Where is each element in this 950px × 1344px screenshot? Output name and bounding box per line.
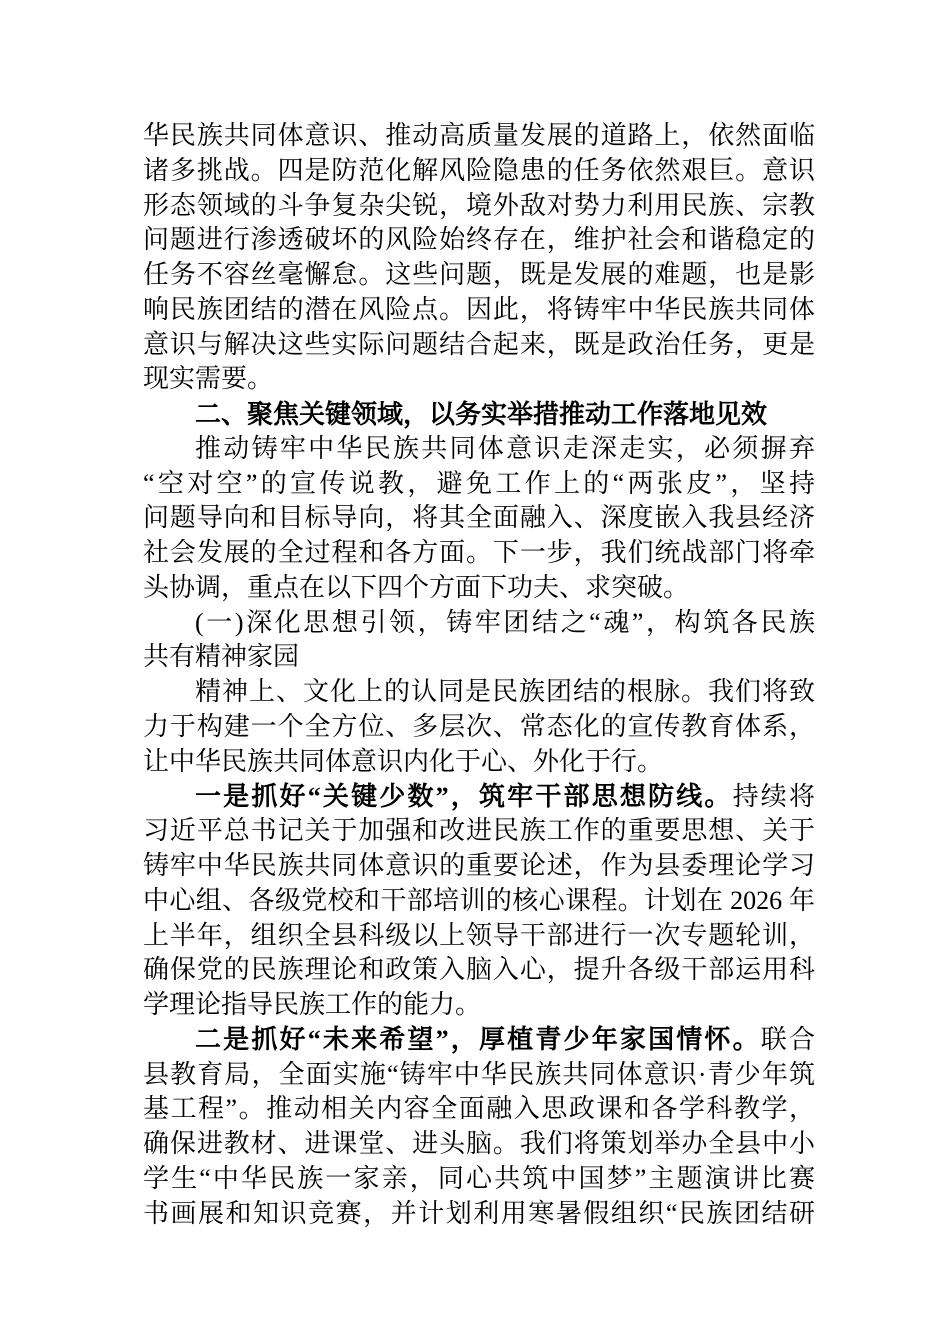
paragraph-lead-line: 二是抓好“未来希望”，厚植青少年家国情怀。联合 [143,1023,815,1058]
text-line: 推动铸牢中华民族共同体意识走深走实，必须摒弃 [143,432,815,467]
subsection-heading-line2: 共有精神家园 [143,640,815,675]
text-line: 华民族共同体意识、推动高质量发展的道路上，依然面临 [143,119,815,154]
text-line: 让中华民族共同体意识内化于心、外化于行。 [143,745,815,780]
text-line: 确保进教材、进课堂、进头脑。我们将策划举办全县中小 [143,1127,815,1162]
text-line: 诸多挑战。四是防范化解风险隐患的任务依然艰巨。意识 [143,154,815,189]
text-line: 精神上、文化上的认同是民族团结的根脉。我们将致 [143,675,815,710]
paragraph-lead-rest: 联合 [761,1025,815,1054]
section-heading: 二、聚焦关键领域，以务实举措推动工作落地见效 [143,397,815,432]
text-line: 头协调，重点在以下四个方面下功夫、求突破。 [143,571,815,606]
text-line: 社会发展的全过程和各方面。下一步，我们统战部门将牵 [143,536,815,571]
text-line: 意识与解决这些实际问题结合起来，既是政治任务，更是 [143,328,815,363]
text-line: 任务不容丝毫懈怠。这些问题，既是发展的难题，也是影 [143,258,815,293]
paragraph-lead-rest: 持续将 [733,782,815,811]
text-line: 基工程”。推动相关内容全面融入思政课和各学科教学， [143,1092,815,1127]
text-line: 铸牢中华民族共同体意识的重要论述，作为县委理论学习 [143,849,815,884]
text-line: 县教育局，全面实施“铸牢中华民族共同体意识·青少年筑 [143,1058,815,1093]
paragraph-lead-line: 一是抓好“关键少数”，筑牢干部思想防线。持续将 [143,780,815,815]
document-page: 华民族共同体意识、推动高质量发展的道路上，依然面临 诸多挑战。四是防范化解风险隐… [0,0,950,1344]
text-line: 学生“中华民族一家亲，同心共筑中国梦”主题演讲比赛 [143,1162,815,1197]
text-line: 响民族团结的潜在风险点。因此，将铸牢中华民族共同体 [143,293,815,328]
text-line: 确保党的民族理论和政策入脑入心，提升各级干部运用科 [143,953,815,988]
text-line: 习近平总书记关于加强和改进民族工作的重要思想、关于 [143,814,815,849]
text-line: 书画展和知识竞赛，并计划利用寒暑假组织“民族团结研 [143,1197,815,1232]
paragraph-lead-bold: 二是抓好“未来希望”，厚植青少年家国情怀。 [195,1025,761,1054]
text-line: 中心组、各级党校和干部培训的核心课程。计划在 2026 年 [143,884,815,919]
text-line: 问题进行渗透破坏的风险始终存在，维护社会和谐稳定的 [143,223,815,258]
text-line: 形态领域的斗争复杂尖锐，境外敌对势力利用民族、宗教 [143,189,815,224]
paragraph-lead-bold: 一是抓好“关键少数”，筑牢干部思想防线。 [195,782,733,811]
text-line: 学理论指导民族工作的能力。 [143,988,815,1023]
text-line: “空对空”的宣传说教，避免工作上的“两张皮”，坚持 [143,467,815,502]
text-line: 现实需要。 [143,362,815,397]
subsection-heading: (一)深化思想引领，铸牢团结之“魂”，构筑各民族 [143,606,815,641]
text-block: 华民族共同体意识、推动高质量发展的道路上，依然面临 诸多挑战。四是防范化解风险隐… [143,119,815,1232]
text-line: 上半年，组织全县科级以上领导干部进行一次专题轮训， [143,919,815,954]
text-line: 问题导向和目标导向，将其全面融入、深度嵌入我县经济 [143,501,815,536]
text-line: 力于构建一个全方位、多层次、常态化的宣传教育体系， [143,710,815,745]
